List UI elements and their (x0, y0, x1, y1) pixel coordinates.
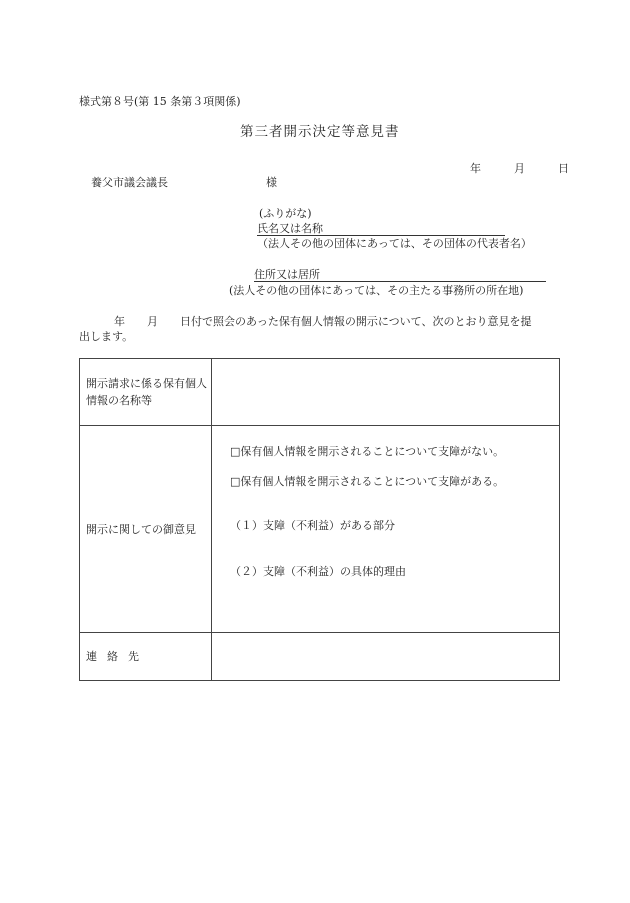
date-line: 年 月 日 (470, 163, 569, 174)
sub-item-specific-reason: （２）支障（不利益）の具体的理由 (230, 566, 406, 577)
document-title: 第三者開示決定等意見書 (240, 126, 400, 140)
contact-label: 連絡先 (80, 633, 212, 681)
info-name-label: 開示請求に係る保有個人情報の名称等 (80, 359, 212, 426)
intro-line-2: 出します。 (79, 331, 133, 342)
furigana-label: (ふりがな) (259, 208, 312, 219)
name-field[interactable]: 氏名又は名称 (257, 223, 505, 236)
intro-text: 日付で照会のあった保有個人情報の開示について、次のとおり意見を提 (180, 315, 531, 328)
info-name-field[interactable] (212, 359, 560, 426)
option-objection[interactable]: □保有個人情報を開示されることについて支障がある。 (230, 476, 504, 487)
contact-field[interactable] (212, 633, 560, 681)
sub-item-affected-part: （１）支障（不利益）がある部分 (230, 520, 395, 531)
intro-line-1: 年月日付で照会のあった保有個人情報の開示について、次のとおり意見を提 (79, 316, 531, 327)
opinion-label: 開示に関しての御意見 (80, 426, 212, 633)
form-number: 様式第８号(第 15 条第３項関係) (79, 96, 241, 107)
opinion-table: 開示請求に係る保有個人情報の名称等 開示に関しての御意見 □保有個人情報を開示さ… (79, 358, 560, 681)
option-no-objection[interactable]: □保有個人情報を開示されることについて支障がない。 (230, 446, 504, 457)
name-note: （法人その他の団体にあっては、その団体の代表者名） (257, 238, 532, 249)
address-field[interactable]: 住所又は居所 (254, 269, 546, 282)
table-row-contact: 連絡先 (80, 633, 560, 681)
table-row-info-name: 開示請求に係る保有個人情報の名称等 (80, 359, 560, 426)
table-row-opinion: 開示に関しての御意見 □保有個人情報を開示されることについて支障がない。 □保有… (80, 426, 560, 633)
date-day-field[interactable]: 日 (558, 163, 569, 174)
intro-month[interactable]: 月 (147, 315, 158, 328)
date-month-field[interactable]: 月 (514, 163, 525, 174)
intro-year[interactable]: 年 (114, 315, 125, 328)
address-field-label: 住所又は居所 (254, 268, 320, 281)
date-year-field[interactable]: 年 (470, 163, 481, 174)
addressee-honorific: 様 (266, 177, 277, 188)
name-field-label: 氏名又は名称 (257, 222, 323, 235)
addressee-name: 養父市議会議長 (91, 177, 168, 188)
address-note: (法人その他の団体にあっては、その主たる事務所の所在地) (229, 285, 523, 296)
opinion-field[interactable]: □保有個人情報を開示されることについて支障がない。 □保有個人情報を開示されるこ… (212, 426, 560, 633)
